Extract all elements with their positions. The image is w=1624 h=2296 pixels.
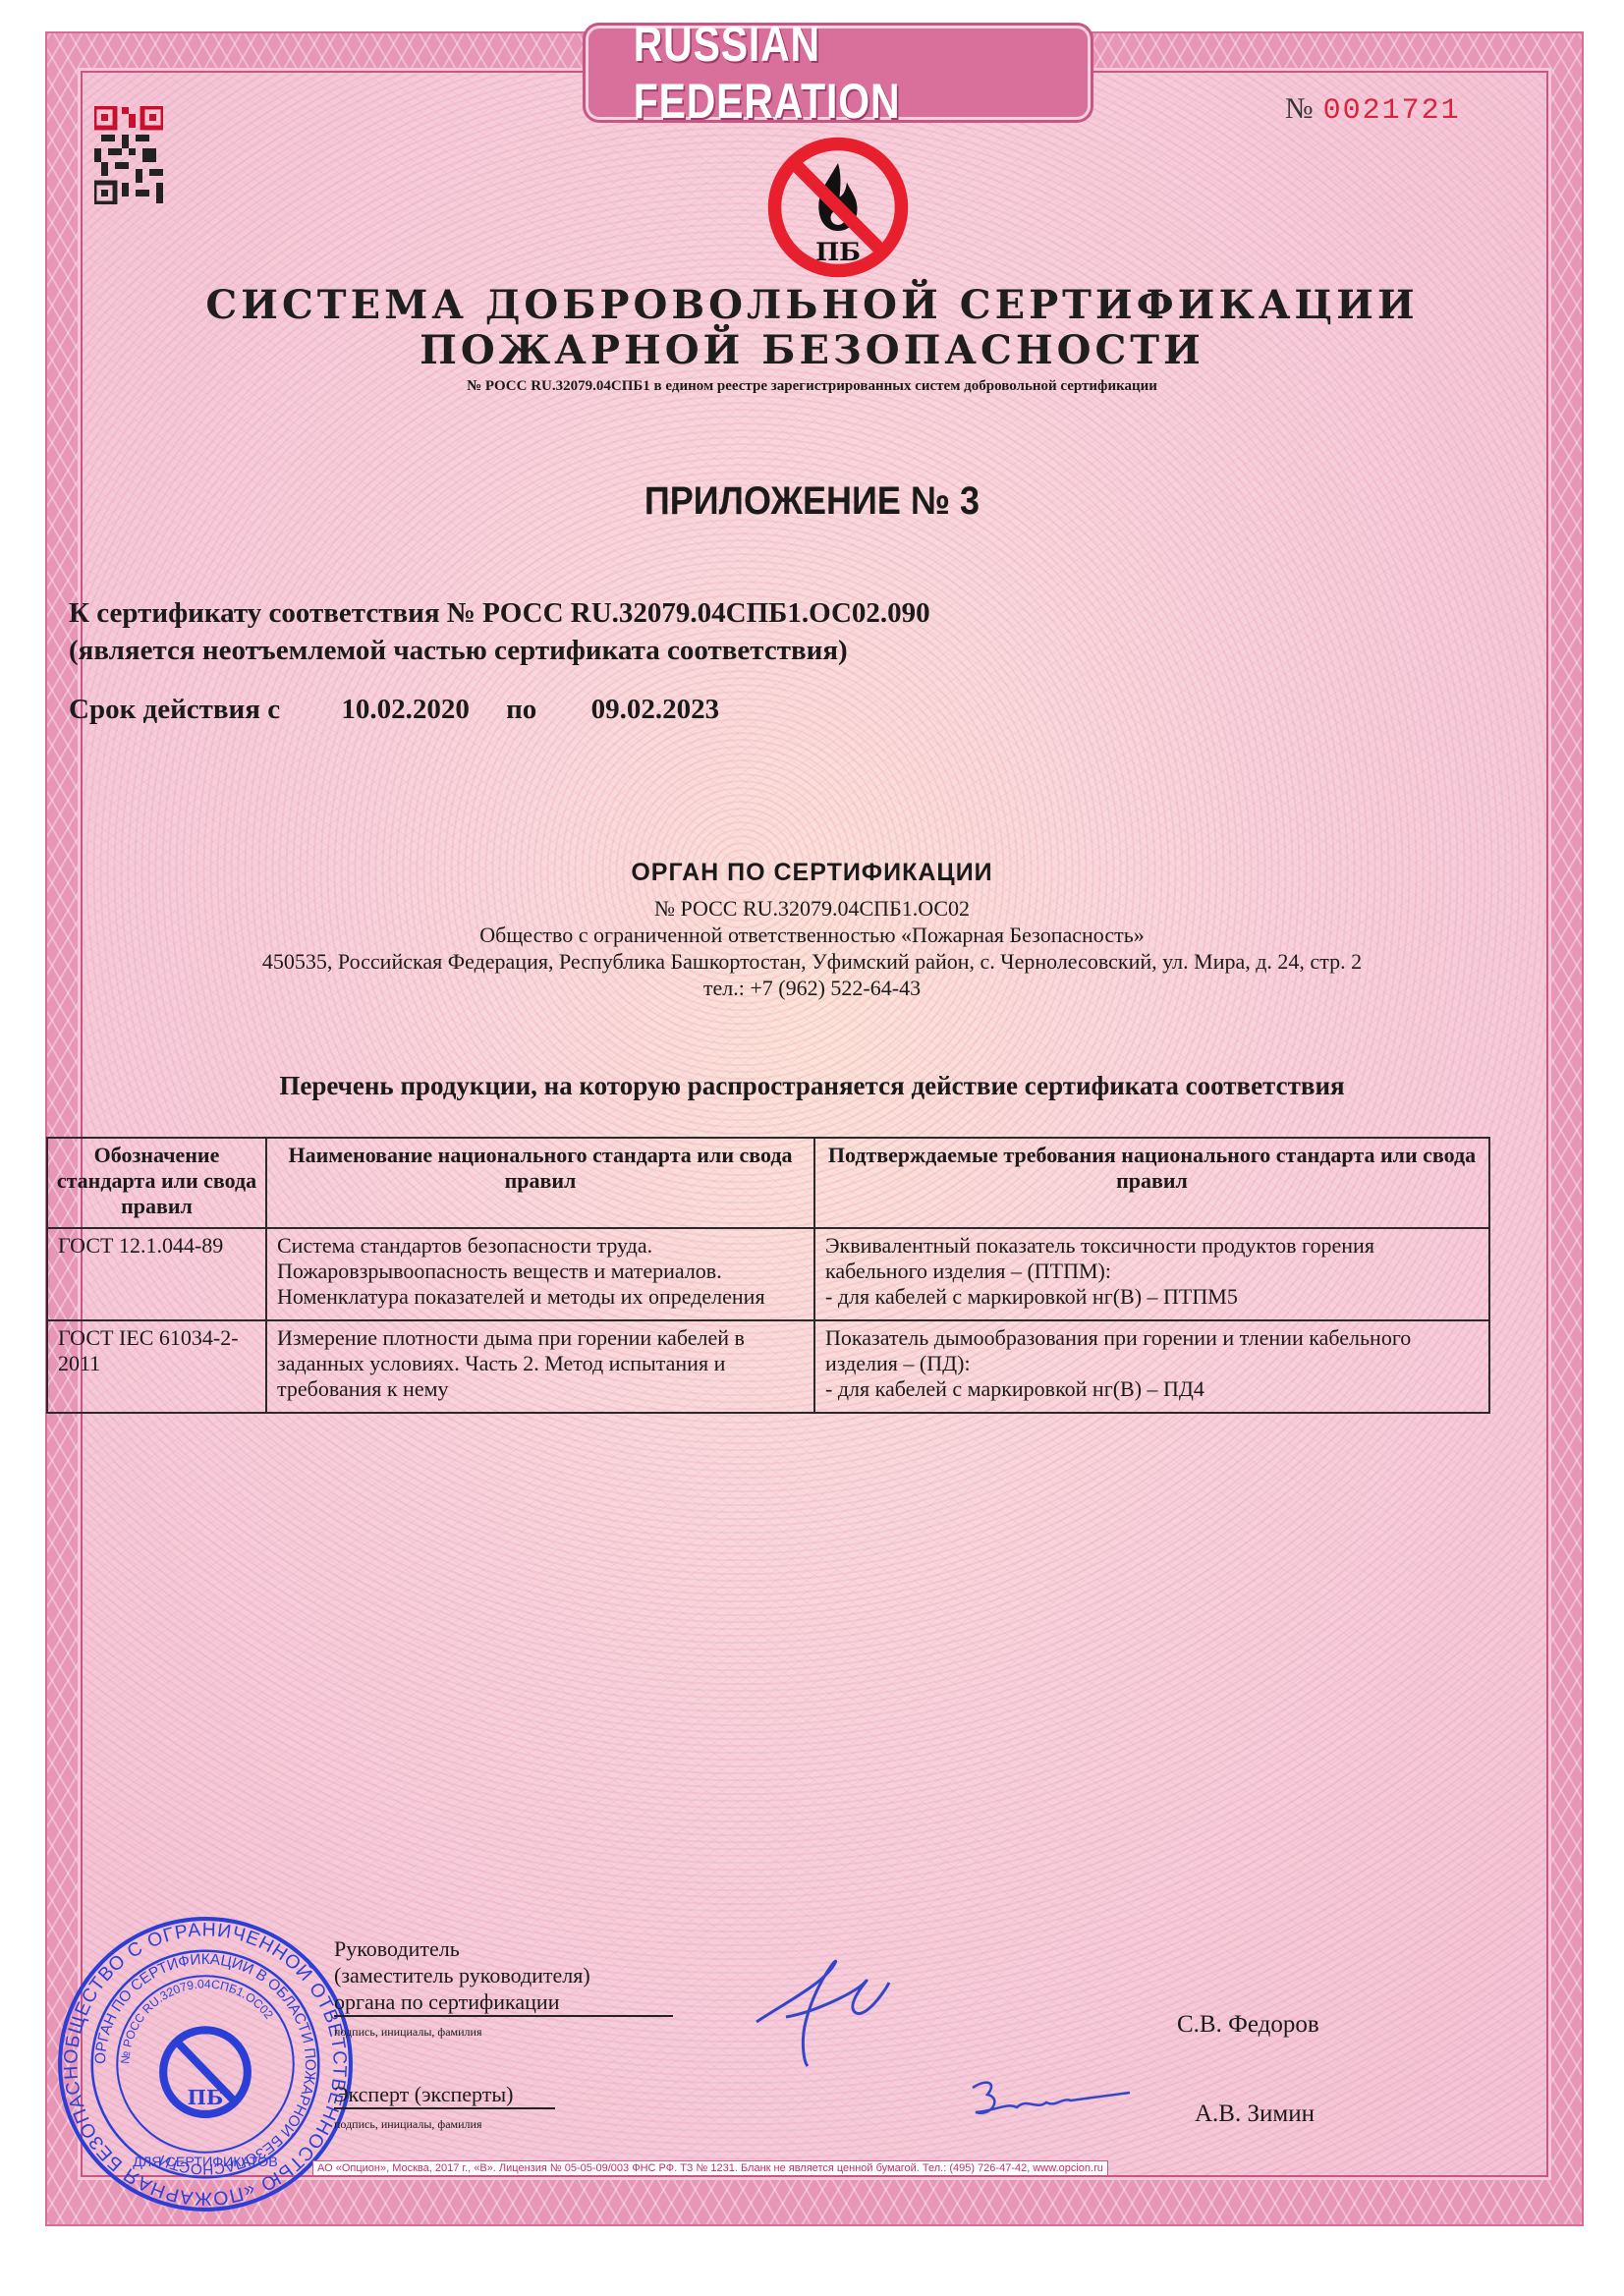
table-row: ГОСТ 12.1.044-89 Система стандартов безо…: [47, 1228, 1489, 1320]
serial-number: №0021721: [1285, 92, 1461, 128]
svg-text:ПБ: ПБ: [188, 2086, 224, 2109]
table-header-row: Обозначение стандарта или свода правил Н…: [47, 1138, 1489, 1228]
system-title-line2: ПОЖАРНОЙ БЕЗОПАСНОСТИ: [0, 328, 1624, 373]
system-registry-note: № РОСС RU.32079.04СПБ1 в едином реестре …: [0, 378, 1624, 395]
head-signature-icon: [747, 1943, 924, 2071]
valid-to-date: 09.02.2023: [591, 694, 720, 726]
cell-name: Система стандартов безопасности труда. П…: [266, 1228, 814, 1320]
signature-block: Руководитель (заместитель руководителя) …: [334, 1935, 673, 2138]
banner-text: RUSSIAN FEDERATION: [634, 16, 1043, 130]
head-signature-caption: подпись, инициалы, фамилия: [334, 2019, 673, 2045]
validity-label: Срок действия с: [69, 694, 280, 726]
no-fire-logo-icon: ПБ: [764, 134, 912, 281]
products-table: Обозначение стандарта или свода правил Н…: [46, 1137, 1490, 1414]
certificate-reference: К сертификату соответствия № РОСС RU.320…: [69, 594, 930, 669]
organ-phone: тел.: +7 (962) 522-64-43: [0, 975, 1624, 1001]
column-header-name: Наименование национального стандарта или…: [266, 1138, 814, 1228]
expert-name: А.В. Зимин: [1195, 2100, 1315, 2128]
system-title-line1: СИСТЕМА ДОБРОВОЛЬНОЙ СЕРТИФИКАЦИИ: [0, 283, 1624, 328]
products-heading: Перечень продукции, на которую распростр…: [0, 1071, 1624, 1101]
serial-prefix: №: [1285, 92, 1314, 125]
expert-signature-caption: подпись, инициалы, фамилия: [334, 2111, 673, 2138]
head-label-line2: (заместитель руководителя): [334, 1962, 673, 1988]
valid-from-date: 10.02.2020: [341, 694, 470, 726]
expert-signature-icon: [968, 2073, 1135, 2122]
table-row: ГОСТ IEC 61034-2-2011 Измерение плотност…: [47, 1320, 1489, 1413]
organ-details: № РОСС RU.32079.04СПБ1.ОС02 Общество с о…: [0, 895, 1624, 1001]
appendix-title: ПРИЛОЖЕНИЕ № 3: [82, 479, 1543, 524]
system-title: СИСТЕМА ДОБРОВОЛЬНОЙ СЕРТИФИКАЦИИ ПОЖАРН…: [0, 283, 1624, 373]
serial-value: 0021721: [1323, 94, 1461, 128]
column-header-requirements: Подтверждаемые требования национального …: [814, 1138, 1489, 1228]
official-stamp-icon: ОБЩЕСТВО С ОГРАНИЧЕННОЙ ОТВЕТСТВЕННОСТЬЮ…: [55, 1914, 356, 2214]
head-label-line3: органа по сертификации: [334, 1988, 673, 2017]
cell-requirements: Показатель дымообразования при горении и…: [814, 1320, 1489, 1413]
qr-code-icon: [94, 106, 163, 204]
organ-reg-number: № РОСС RU.32079.04СПБ1.ОС02: [0, 895, 1624, 922]
expert-label: Эксперт (эксперты): [334, 2081, 555, 2109]
cell-code: ГОСТ IEC 61034-2-2011: [47, 1320, 266, 1413]
cell-name: Измерение плотности дыма при горении каб…: [266, 1320, 814, 1413]
svg-text:ДЛЯ СЕРТИФИКАТОВ: ДЛЯ СЕРТИФИКАТОВ: [133, 2155, 277, 2170]
cell-requirements: Эквивалентный показатель токсичности про…: [814, 1228, 1489, 1320]
head-label-line1: Руководитель: [334, 1935, 673, 1962]
organ-name: Общество с ограниченной ответственностью…: [0, 922, 1624, 948]
organ-address: 450535, Российская Федерация, Республика…: [0, 948, 1624, 975]
printer-note: АО «Опцион», Москва, 2017 г., «В». Лицен…: [312, 2160, 1108, 2176]
validity-to-label: по: [506, 694, 536, 726]
certificate-note-line: (является неотъемлемой частью сертификат…: [69, 632, 930, 669]
head-name: С.В. Федоров: [1177, 2011, 1319, 2039]
certificate-number-line: К сертификату соответствия № РОСС RU.320…: [69, 594, 930, 632]
validity-period: Срок действия с 10.02.2020 по 09.02.2023: [69, 694, 719, 726]
cell-code: ГОСТ 12.1.044-89: [47, 1228, 266, 1320]
organ-heading: ОРГАН ПО СЕРТИФИКАЦИИ: [0, 859, 1624, 887]
country-banner: RUSSIAN FEDERATION: [586, 26, 1091, 120]
column-header-code: Обозначение стандарта или свода правил: [47, 1138, 266, 1228]
